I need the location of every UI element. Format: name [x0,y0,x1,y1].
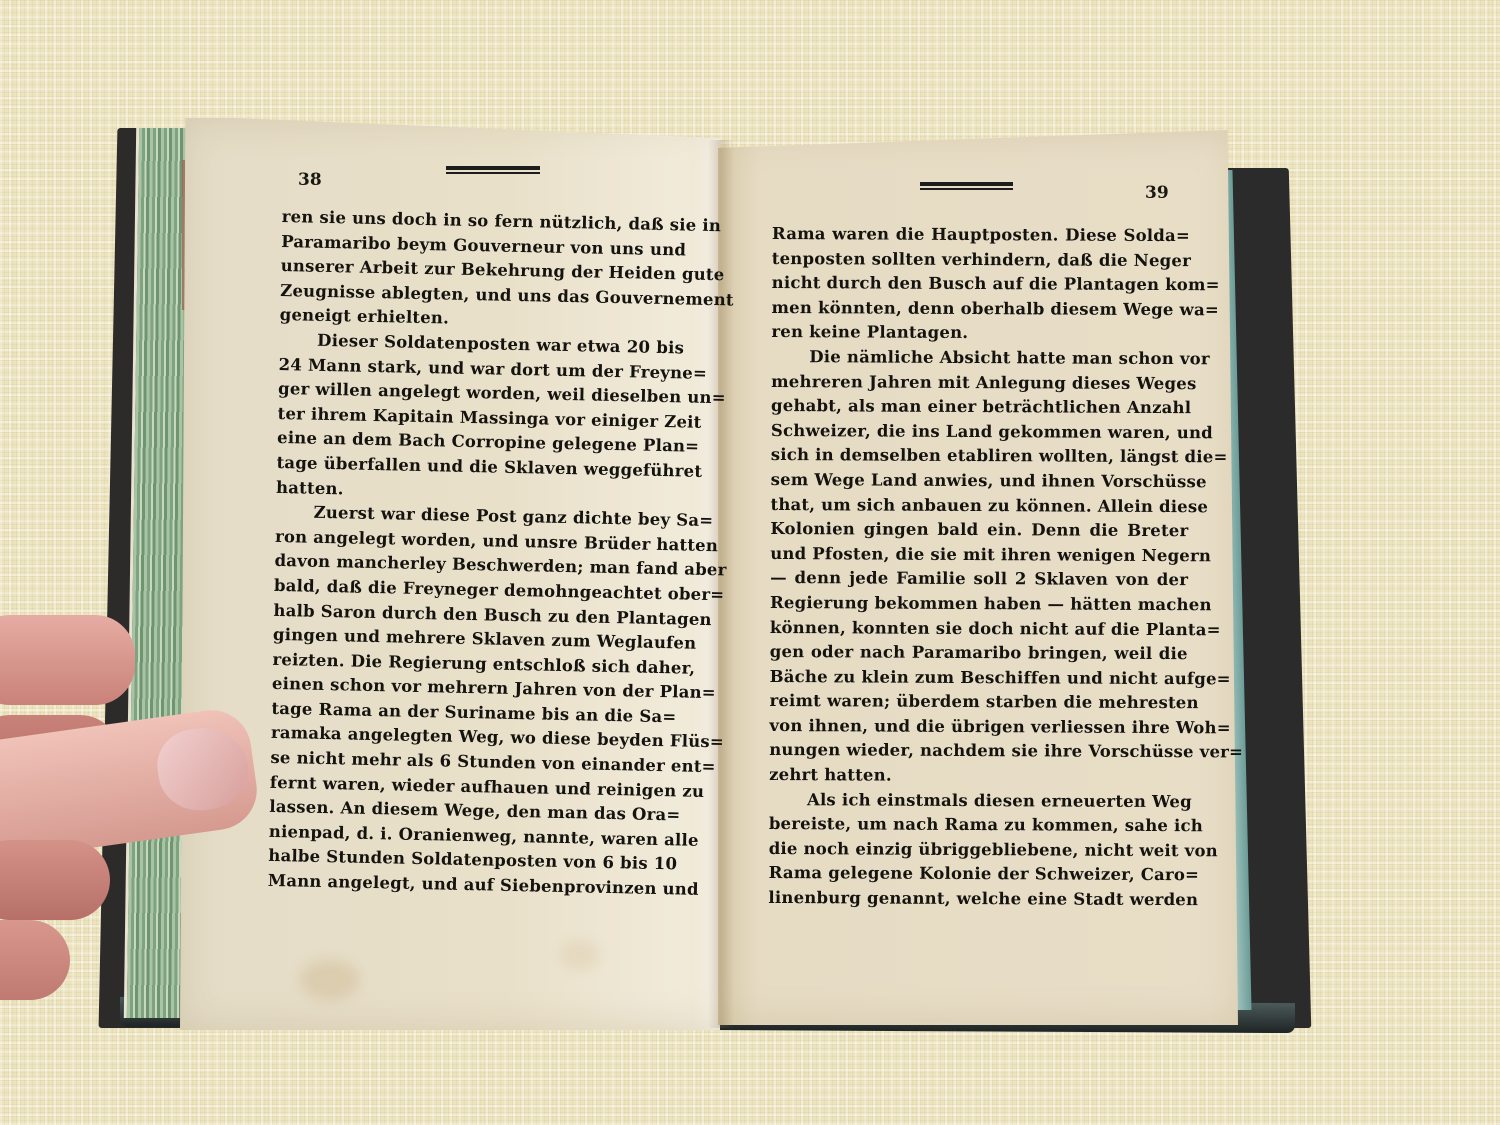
text-line: ren keine Plantagen. [771,320,1189,347]
little-finger [0,920,70,1000]
page-number-right: 39 [1145,183,1169,203]
right-page-text: Rama waren die Hauptposten. Diese Solda=… [768,222,1190,913]
ring-finger [0,840,110,920]
text-line: von ihnen, und die übrigen verliessen ih… [769,714,1187,741]
text-line: linenburg genannt, welche eine Stadt wer… [768,886,1186,913]
text-line: nungen wieder, nachdem sie ihre Vorschüs… [769,738,1187,765]
text-line: Rama waren die Hauptposten. Diese Solda= [772,222,1190,249]
hand [0,600,270,1020]
text-line: können, konnten sie doch nicht auf die P… [770,615,1188,642]
text-line: mehreren Jahren mit Anlegung dieses Wege… [771,370,1189,397]
text-line: Regierung bekommen haben — hätten machen [770,591,1188,618]
foxing-stain [560,940,600,970]
text-line: bereiste, um nach Rama zu kommen, sahe i… [769,812,1187,839]
header-rule-left [446,166,540,175]
text-line: Kolonien gingen bald ein. Denn die Brete… [770,517,1188,544]
foxing-stain [300,960,360,1000]
text-line: Schweizer, die ins Land gekommen waren, … [771,419,1189,446]
text-line: men könnten, denn oberhalb diesem Wege w… [771,296,1189,323]
left-page-text: ren sie uns doch in so fern nützlich, da… [268,205,687,902]
page-number-left: 38 [298,170,322,190]
paragraph-start: Die nämliche Absicht hatte man schon vor [771,345,1189,372]
paragraph-start: Als ich einstmals diesen erneuerten Weg [769,788,1187,815]
text-line: Bäche zu klein zum Beschiffen und nicht … [770,665,1188,692]
text-line: gen oder nach Paramaribo bringen, weil d… [770,640,1188,667]
text-line: — denn jede Familie soll 2 Sklaven von d… [770,566,1188,593]
text-line: Rama gelegene Kolonie der Schweizer, Car… [769,861,1187,888]
text-line: reimt waren; überdem starben die mehrest… [769,689,1187,716]
text-line: die noch einzig übriggebliebene, nicht w… [769,837,1187,864]
text-line: nicht durch den Busch auf die Plantagen … [772,271,1190,298]
text-line: sem Wege Land anwies, und ihnen Vorschüs… [771,468,1189,495]
text-line: zehrt hatten. [769,763,1187,790]
index-finger [0,615,135,705]
text-line: gehabt, als man einer beträchtlichen Anz… [771,394,1189,421]
text-line: sich in demselben etabliren wollten, län… [771,443,1189,470]
text-line: that, um sich anbauen zu können. Allein … [770,493,1188,520]
header-rule-right [920,182,1013,191]
text-line: tenposten sollten verhindern, daß die Ne… [772,247,1190,274]
text-line: und Pfosten, die sie mit ihren wenigen N… [770,542,1188,569]
